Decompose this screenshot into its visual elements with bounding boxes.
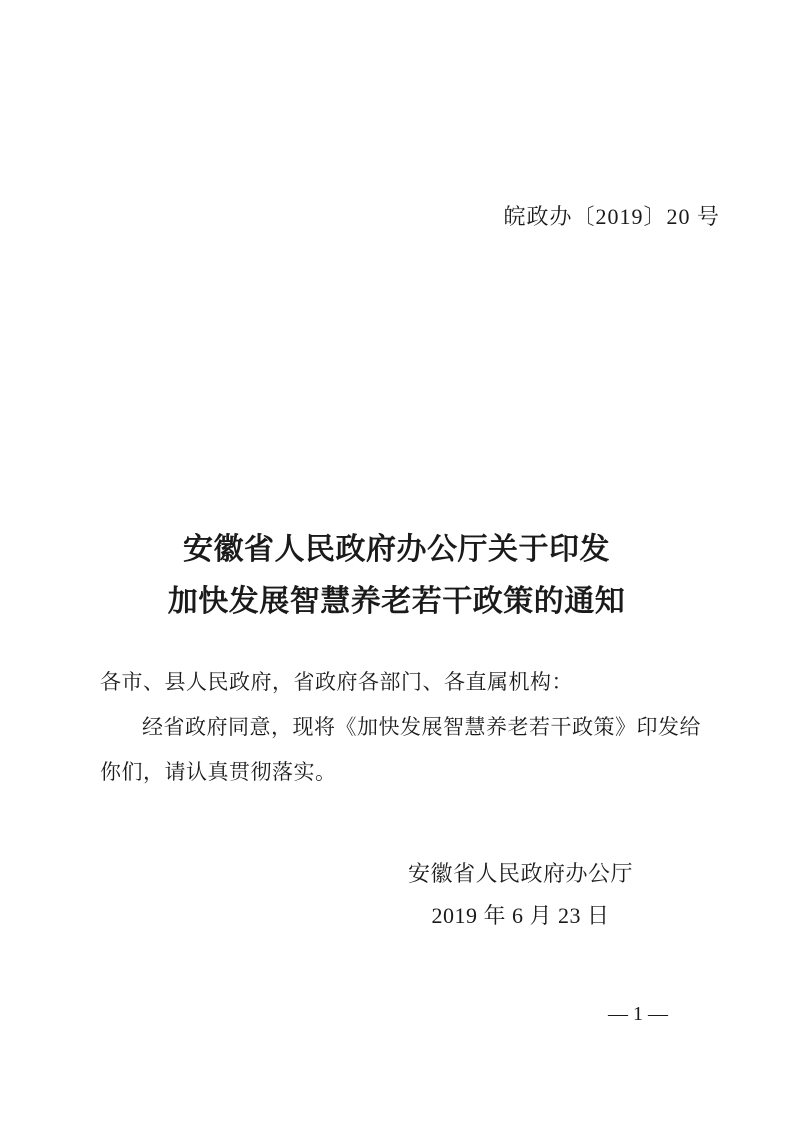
document-page: 皖政办〔2019〕20 号 安徽省人民政府办公厅关于印发 加快发展智慧养老若干政… bbox=[0, 0, 793, 1122]
document-title: 安徽省人民政府办公厅关于印发 加快发展智慧养老若干政策的通知 bbox=[0, 524, 793, 628]
document-title-line-1: 安徽省人民政府办公厅关于印发 bbox=[0, 524, 793, 576]
document-body: 各市、县人民政府，省政府各部门、各直属机构： 经省政府同意，现将《加快发展智慧养… bbox=[100, 660, 701, 795]
signature-block: 安徽省人民政府办公厅 2019 年 6 月 23 日 bbox=[408, 853, 633, 937]
document-number: 皖政办〔2019〕20 号 bbox=[503, 203, 720, 231]
page-number: — 1 — bbox=[608, 1002, 668, 1026]
salutation: 各市、县人民政府，省政府各部门、各直属机构： bbox=[100, 660, 701, 705]
body-paragraph: 经省政府同意，现将《加快发展智慧养老若干政策》印发给你们，请认真贯彻落实。 bbox=[100, 705, 701, 795]
document-title-line-2: 加快发展智慧养老若干政策的通知 bbox=[0, 576, 793, 628]
issue-date: 2019 年 6 月 23 日 bbox=[408, 895, 633, 937]
issuer-signature: 安徽省人民政府办公厅 bbox=[408, 853, 633, 895]
